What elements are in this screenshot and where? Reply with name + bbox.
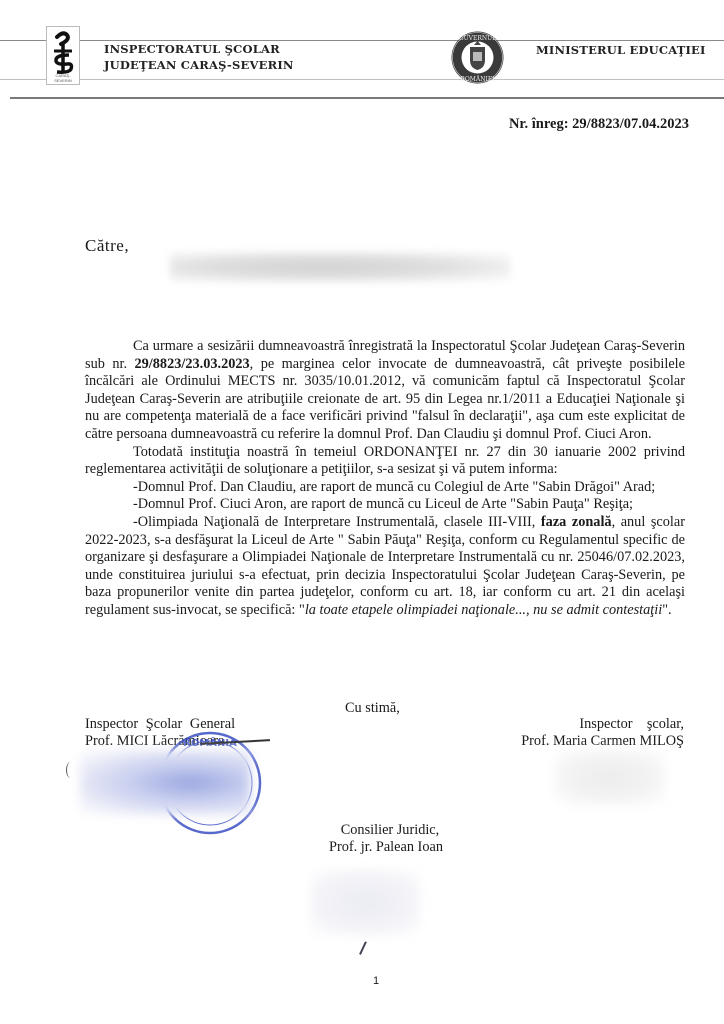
logo-caption: CARAŞ-SEVERIN: [47, 73, 79, 83]
closing: Cu stimă,: [345, 700, 400, 717]
letter-body: Ca urmare a sesizării dumneavoastră înre…: [85, 338, 685, 620]
paragraph-5: -Olimpiada Naţională de Interpretare Ins…: [85, 514, 685, 620]
signature-stroke-center: [359, 941, 366, 954]
paragraph-2: Totodată instituţia noastră în temeiul O…: [85, 444, 685, 479]
org-line-2: JUDEŢEAN CARAŞ-SEVERIN: [104, 57, 294, 73]
registration-number: Nr. înreg: 29/8823/07.04.2023: [509, 116, 689, 133]
salutation: Către,: [85, 236, 129, 256]
svg-text:GUVERNUL: GUVERNUL: [459, 35, 496, 42]
left-signature-redacted: [80, 750, 250, 815]
right-signatory-name: Prof. Maria Carmen MILOŞ: [521, 733, 684, 750]
paragraph-1: Ca urmare a sesizării dumneavoastră înre…: [85, 338, 685, 444]
center-signature-redacted: [310, 870, 420, 935]
romania-government-seal-icon: GUVERNUL ROMÂNIEI: [450, 30, 505, 85]
svg-text:ROMÂNIEI: ROMÂNIEI: [460, 76, 495, 83]
right-signatory-title: Inspector şcolar,: [521, 716, 684, 733]
ministry-name: MINISTERUL EDUCAŢIEI: [536, 42, 706, 58]
page-number: 1: [373, 975, 379, 987]
recipient-redacted: [170, 252, 510, 282]
petition-number: 29/8823/23.03.2023: [135, 356, 250, 372]
center-signatory: Consilier Juridic, Prof. jr. Palean Ioan: [330, 822, 450, 856]
p5-text: -Olimpiada Naţională de Interpretare Ins…: [133, 514, 541, 530]
left-organization-name: INSPECTORATUL ŞCOLAR JUDEŢEAN CARAŞ-SEVE…: [104, 41, 294, 73]
paragraph-3: -Domnul Prof. Dan Claudiu, are raport de…: [85, 479, 685, 497]
government-seal: GUVERNUL ROMÂNIEI: [450, 30, 505, 85]
center-signatory-name: Prof. jr. Palean Ioan: [322, 839, 450, 856]
right-signatory: Inspector şcolar, Prof. Maria Carmen MIL…: [521, 716, 684, 750]
header-bottom-rule: [10, 97, 724, 99]
caras-severin-logo: CARAŞ-SEVERIN: [46, 26, 80, 85]
center-signatory-title: Consilier Juridic,: [330, 822, 450, 839]
header-middle-rule: [0, 79, 724, 80]
paragraph-4: -Domnul Prof. Ciuci Aron, are raport de …: [85, 496, 685, 514]
regulation-quote: la toate etapele olimpiadei naţionale...…: [305, 602, 662, 618]
signature-mark: [66, 762, 75, 778]
phase-label: faza zonală: [541, 514, 612, 530]
caras-severin-logo-icon: [47, 29, 79, 77]
org-line-1: INSPECTORATUL ŞCOLAR: [104, 41, 294, 57]
right-signature-redacted: [555, 750, 665, 805]
p5-text-end: ".: [662, 602, 671, 618]
